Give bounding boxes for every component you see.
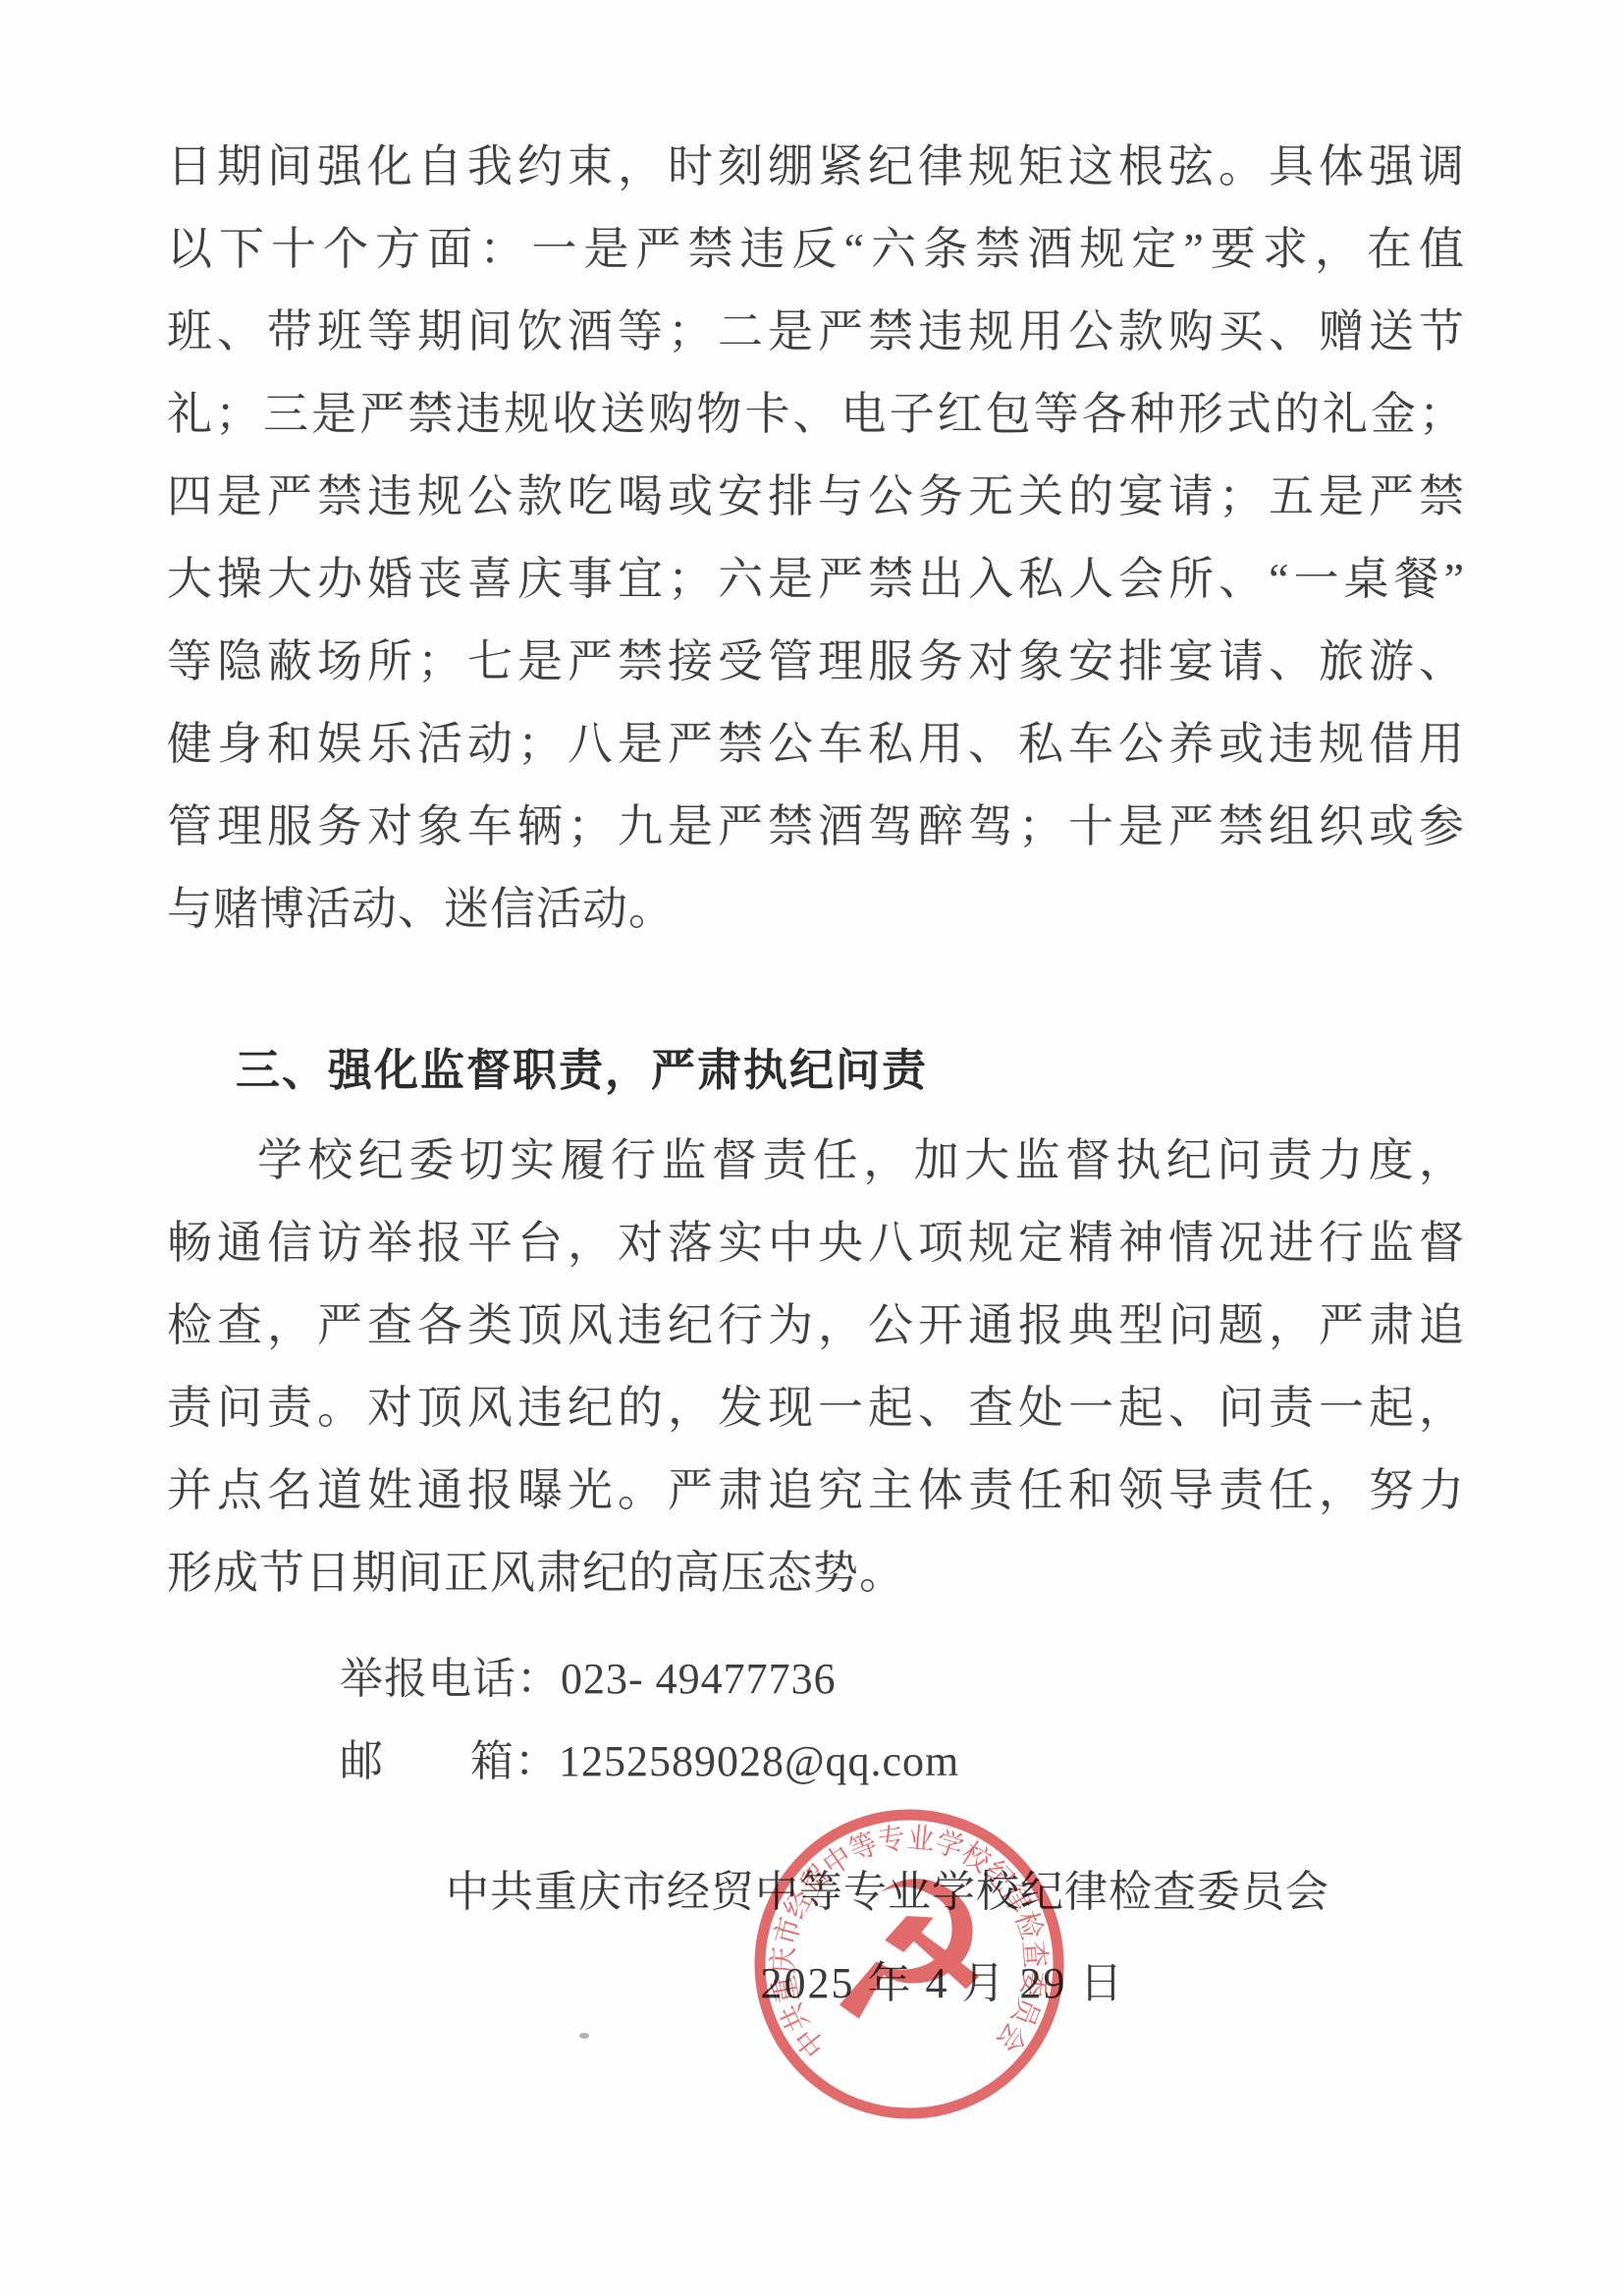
scan-speck <box>579 2033 589 2039</box>
contact-block: 举报电话：023- 49477736 邮箱：1252589028@qq.com <box>340 1638 959 1803</box>
body-line: 大操大办婚丧喜庆事宜；六是严禁出入私人会所、“一桌餐” <box>167 538 1465 621</box>
paragraph-discipline-items: 日期间强化自我约束，时刻绷紧纪律规矩这根弦。具体强调 以下十个方面：一是严禁违反… <box>167 126 1465 951</box>
body-line: 班、带班等期间饮酒等；二是严禁违规用公款购买、赠送节 <box>167 291 1465 373</box>
hammer-sickle-icon: ☭ <box>824 1841 996 2064</box>
body-line: 学校纪委切实履行监督责任，加大监督执纪问责力度， <box>167 1120 1465 1202</box>
body-line: 等隐蔽场所；七是严禁接受管理服务对象安排宴请、旅游、 <box>167 621 1465 703</box>
body-line: 管理服务对象车辆；九是严禁酒驾醉驾；十是严禁组织或参 <box>167 786 1465 868</box>
body-line: 形成节日期间正风肃纪的高压态势。 <box>167 1532 1465 1614</box>
body-line: 与赌博活动、迷信活动。 <box>167 868 1465 951</box>
report-email-line: 邮箱：1252589028@qq.com <box>340 1721 959 1803</box>
report-email-label: 邮 <box>340 1737 384 1785</box>
official-red-seal: 中共重庆市经贸中等专业学校纪律检查委员会 ☭ <box>742 1797 1076 2131</box>
body-line: 并点名道姓通报曝光。严肃追究主体责任和领导责任，努力 <box>167 1449 1465 1532</box>
body-line: 健身和娱乐活动；八是严禁公车私用、私车公养或违规借用 <box>167 703 1465 786</box>
body-line: 日期间强化自我约束，时刻绷紧纪律规矩这根弦。具体强调 <box>167 126 1465 208</box>
section-heading-three: 三、强化监督职责，严肃执纪问责 <box>167 1029 1465 1112</box>
body-line: 礼；三是严禁违规收送购物卡、电子红包等各种形式的礼金； <box>167 373 1465 456</box>
colon: ： <box>514 1737 559 1785</box>
body-line: 责问责。对顶风违纪的，发现一起、查处一起、问责一起， <box>167 1367 1465 1449</box>
body-line: 以下十个方面：一是严禁违反“六条禁酒规定”要求，在值 <box>167 208 1465 291</box>
colon: ： <box>516 1655 561 1703</box>
document-page: 日期间强化自我约束，时刻绷紧纪律规矩这根弦。具体强调 以下十个方面：一是严禁违反… <box>0 0 1624 2296</box>
report-phone-value: 023- 49477736 <box>561 1655 837 1703</box>
paragraph-supervision: 学校纪委切实履行监督责任，加大监督执纪问责力度， 畅通信访举报平台，对落实中央八… <box>167 1120 1465 1614</box>
body-line: 畅通信访举报平台，对落实中央八项规定精神情况进行监督 <box>167 1202 1465 1285</box>
body-line: 检查，严查各类顶风违纪行为，公开通报典型问题，严肃追 <box>167 1285 1465 1367</box>
report-phone-line: 举报电话：023- 49477736 <box>340 1638 959 1721</box>
report-email-label: 箱 <box>470 1737 514 1785</box>
body-line: 四是严禁违规公款吃喝或安排与公务无关的宴请；五是严禁 <box>167 456 1465 538</box>
report-email-value: 1252589028@qq.com <box>559 1737 959 1785</box>
report-phone-label: 举报电话 <box>340 1655 516 1703</box>
